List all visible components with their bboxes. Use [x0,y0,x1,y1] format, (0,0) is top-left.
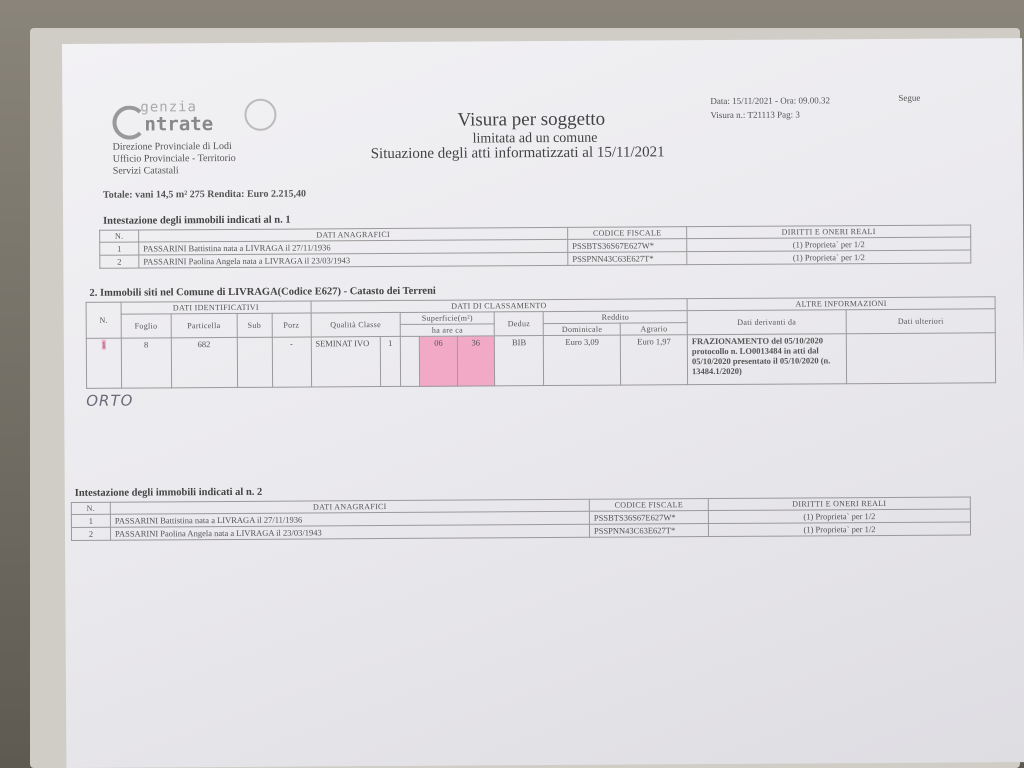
cell: PSSPNN43C63E627T* [568,252,687,266]
agrario-value: Euro 1,97 [621,335,688,385]
cell: PSSPNN43C63E627T* [589,524,708,538]
col-sub: Sub [237,313,272,337]
office-line: Ufficio Provinciale - Territorio [113,153,236,166]
document-title: Visura per soggetto [457,109,605,132]
republic-emblem-icon [244,99,276,131]
col-n: N. [86,302,121,338]
cell: 1 [100,242,139,255]
cell: 2 [100,255,139,268]
intestazione-2-title: Intestazione degli immobili indicati al … [75,487,263,499]
segue-label: Segue [898,93,920,103]
dati-ulteriori-value [846,333,995,384]
dati-derivanti-value: FRAZIONAMENTO del 05/10/2020 protocollo … [687,334,846,385]
visura-number: Visura n.: T21113 Pag: 3 [710,107,830,122]
handwritten-note: ORTO [86,392,133,410]
porz-value: - [272,337,311,387]
col-superficie: Superficie(m²) [400,312,494,325]
are-value: 06 [420,336,458,386]
col-particella: Particella [171,313,237,337]
cell: (1) Proprieta` per 1/2 [708,522,970,537]
intestazione-1-table: N.DATI ANAGRAFICICODICE FISCALEDIRITTI E… [99,224,971,268]
foglio-value: 8 [121,338,171,388]
col-deduz: Deduz [494,312,543,336]
dominicale-value: Euro 3,09 [544,335,621,385]
col-ha-are-ca: ha are ca [400,324,494,337]
document-page: genzia ntrate Direzione Provinciale di L… [62,38,1024,768]
immobili-table: N. DATI IDENTIFICATIVI DATI DI CLASSAMEN… [86,296,997,389]
table-row: 1 8 682 - SEMINAT IVO 1 06 36 BIB Euro 3… [86,333,995,389]
classe-value: 1 [380,336,401,386]
ca-value: 36 [457,336,495,386]
col-n: N. [71,502,110,514]
row-number: 1 [102,340,106,350]
intestazione-1-title: Intestazione degli immobili indicati al … [103,215,291,227]
col-dati-derivanti: Dati derivanti da [687,310,846,335]
cell: (1) Proprieta` per 1/2 [687,250,971,265]
col-n: N. [100,230,139,242]
col-reddito: Reddito [543,311,687,324]
logo-bottom-text: ntrate [144,113,213,135]
office-info: Direzione Provinciale di Lodi Ufficio Pr… [113,141,236,178]
immobili-title: 2. Immobili siti nel Comune di LIVRAGA(C… [89,286,435,299]
situation-line: Situazione degli atti informatizzati al … [371,144,665,163]
col-agrario: Agrario [621,323,688,335]
col-foglio: Foglio [121,314,171,338]
particella-value: 682 [171,337,237,387]
cell: 1 [71,514,110,527]
col-cf: CODICE FISCALE [589,499,708,512]
cell: PSSBTS36S67E627W* [589,511,708,525]
sub-value [237,337,272,387]
office-line: Direzione Provinciale di Lodi [113,141,236,154]
col-dati-ulteriori: Dati ulteriori [846,309,995,334]
cell: PSSBTS36S67E627W* [568,239,687,253]
qualita-value: SEMINAT IVO [311,337,380,387]
date-line: Data: 15/11/2021 - Ora: 09.00.32 [710,93,830,108]
col-cf: CODICE FISCALE [568,227,687,240]
col-porz: Porz [272,313,311,337]
visura-meta: Data: 15/11/2021 - Ora: 09.00.32 Visura … [710,93,830,122]
col-dominicale: Dominicale [543,323,620,335]
cell: PASSARINI Paolina Angela nata a LIVRAGA … [110,524,589,540]
intestazione-2-table: N.DATI ANAGRAFICICODICE FISCALEDIRITTI E… [71,496,971,540]
col-qualita: Qualità Classe [311,312,401,337]
totale-summary: Totale: vani 14,5 m² 275 Rendita: Euro 2… [103,189,306,201]
cell: PASSARINI Paolina Angela nata a LIVRAGA … [139,252,568,268]
office-line: Servizi Catastali [113,165,236,178]
ha-value [401,336,420,386]
deduz-value: BIB [494,336,543,386]
cell: 2 [71,527,110,540]
